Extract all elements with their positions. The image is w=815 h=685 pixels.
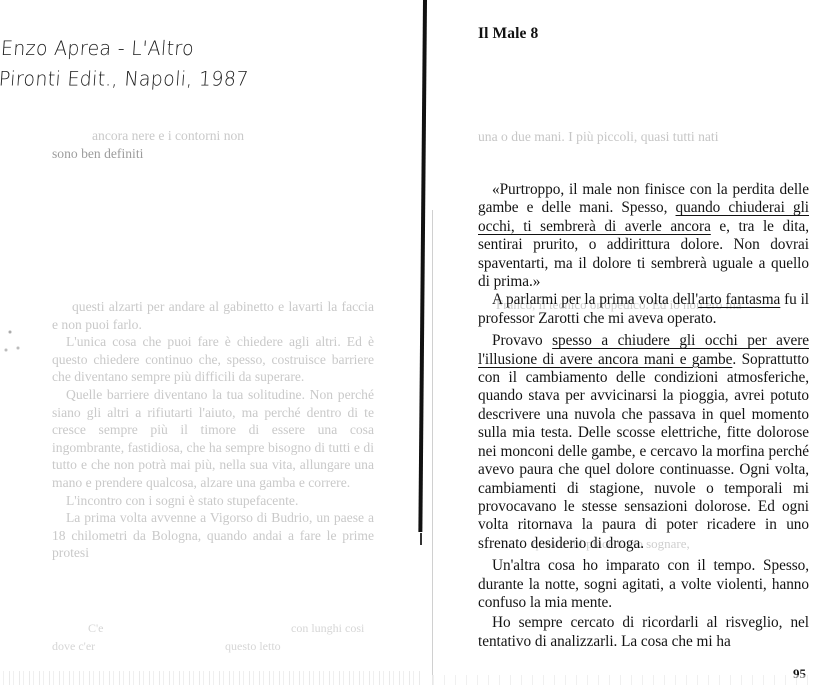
bleed-through-body: questi alzarti per andare al gabinetto e… <box>52 298 374 562</box>
gutter-dashed-tail <box>420 533 424 545</box>
bleed-line: sono ben definiti <box>52 145 374 163</box>
scan-edge-noise <box>428 675 815 685</box>
paragraph-3: Provavo spesso a chiudere gli occhi per … <box>478 332 809 553</box>
text-segment: Provavo <box>492 332 552 349</box>
bleed-paragraph: L'unica cosa che puoi fare è chiedere ag… <box>52 333 374 386</box>
paragraph-4: Un'altra cosa ho imparato con il tempo. … <box>478 557 809 612</box>
bleed-through-fragments: C'e con lunghi cosi dove c'er questo let… <box>52 620 374 655</box>
handwritten-citation: Enzo Aprea - L'Altro Pironti Edit., Napo… <box>0 34 252 95</box>
text-segment: Ho sempre cercato di ricordarli al risve… <box>478 614 809 649</box>
paragraph-1: «Purtroppo, il male non finisce con la p… <box>478 181 809 291</box>
bleed-paragraph: Quelle barriere diventano la tua solitud… <box>52 386 374 492</box>
bleed-paragraph: questi alzarti per andare al gabinetto e… <box>52 298 374 333</box>
left-page: Enzo Aprea - L'Altro Pironti Edit., Napo… <box>0 0 420 685</box>
handwritten-line-publisher: Pironti Edit., Napoli, 1987 <box>0 64 250 94</box>
scan-specks <box>0 320 40 360</box>
bleed-fragment: C'e <box>88 620 288 638</box>
bleed-fragment: dove c'er <box>52 638 222 656</box>
paragraph-2: A parlarmi per la prima volta dell'arto … <box>478 291 809 328</box>
bleed-line: ancora nere e i contorni non <box>52 127 374 145</box>
bleed-fragment: con lunghi cosi <box>291 620 364 638</box>
bleed-through-top: ancora nere e i contorni non sono ben de… <box>52 127 374 162</box>
book-spread-scan: Enzo Aprea - L'Altro Pironti Edit., Napo… <box>0 0 815 685</box>
scan-edge-noise <box>0 671 420 685</box>
handwritten-line-author-title: Enzo Aprea - L'Altro <box>0 34 252 64</box>
bleed-fragment: questo letto <box>225 638 281 656</box>
text-segment: . Soprattutto con il cambiamento delle c… <box>478 351 809 552</box>
bleed-through-line: una o due mani. I più piccoli, quasi tut… <box>478 129 815 145</box>
chapter-title: Il Male 8 <box>478 25 538 43</box>
text-segment: Un'altra cosa ho imparato con il tempo. … <box>478 557 809 611</box>
text-segment: A parlarmi per la prima volta dell' <box>492 291 698 308</box>
bleed-paragraph: La prima volta avvenne a Vigorso di Budr… <box>52 509 374 562</box>
hand-underlined-text: arto fantasma <box>698 291 780 308</box>
paragraph-5: Ho sempre cercato di ricordarli al risve… <box>478 614 809 651</box>
bleed-paragraph: L'incontro con i sogni è stato stupeface… <box>52 492 374 510</box>
right-page: Il Male 8 una o due mani. I più piccoli,… <box>428 0 815 685</box>
body-text: «Purtroppo, il male non finisce con la p… <box>478 181 809 651</box>
